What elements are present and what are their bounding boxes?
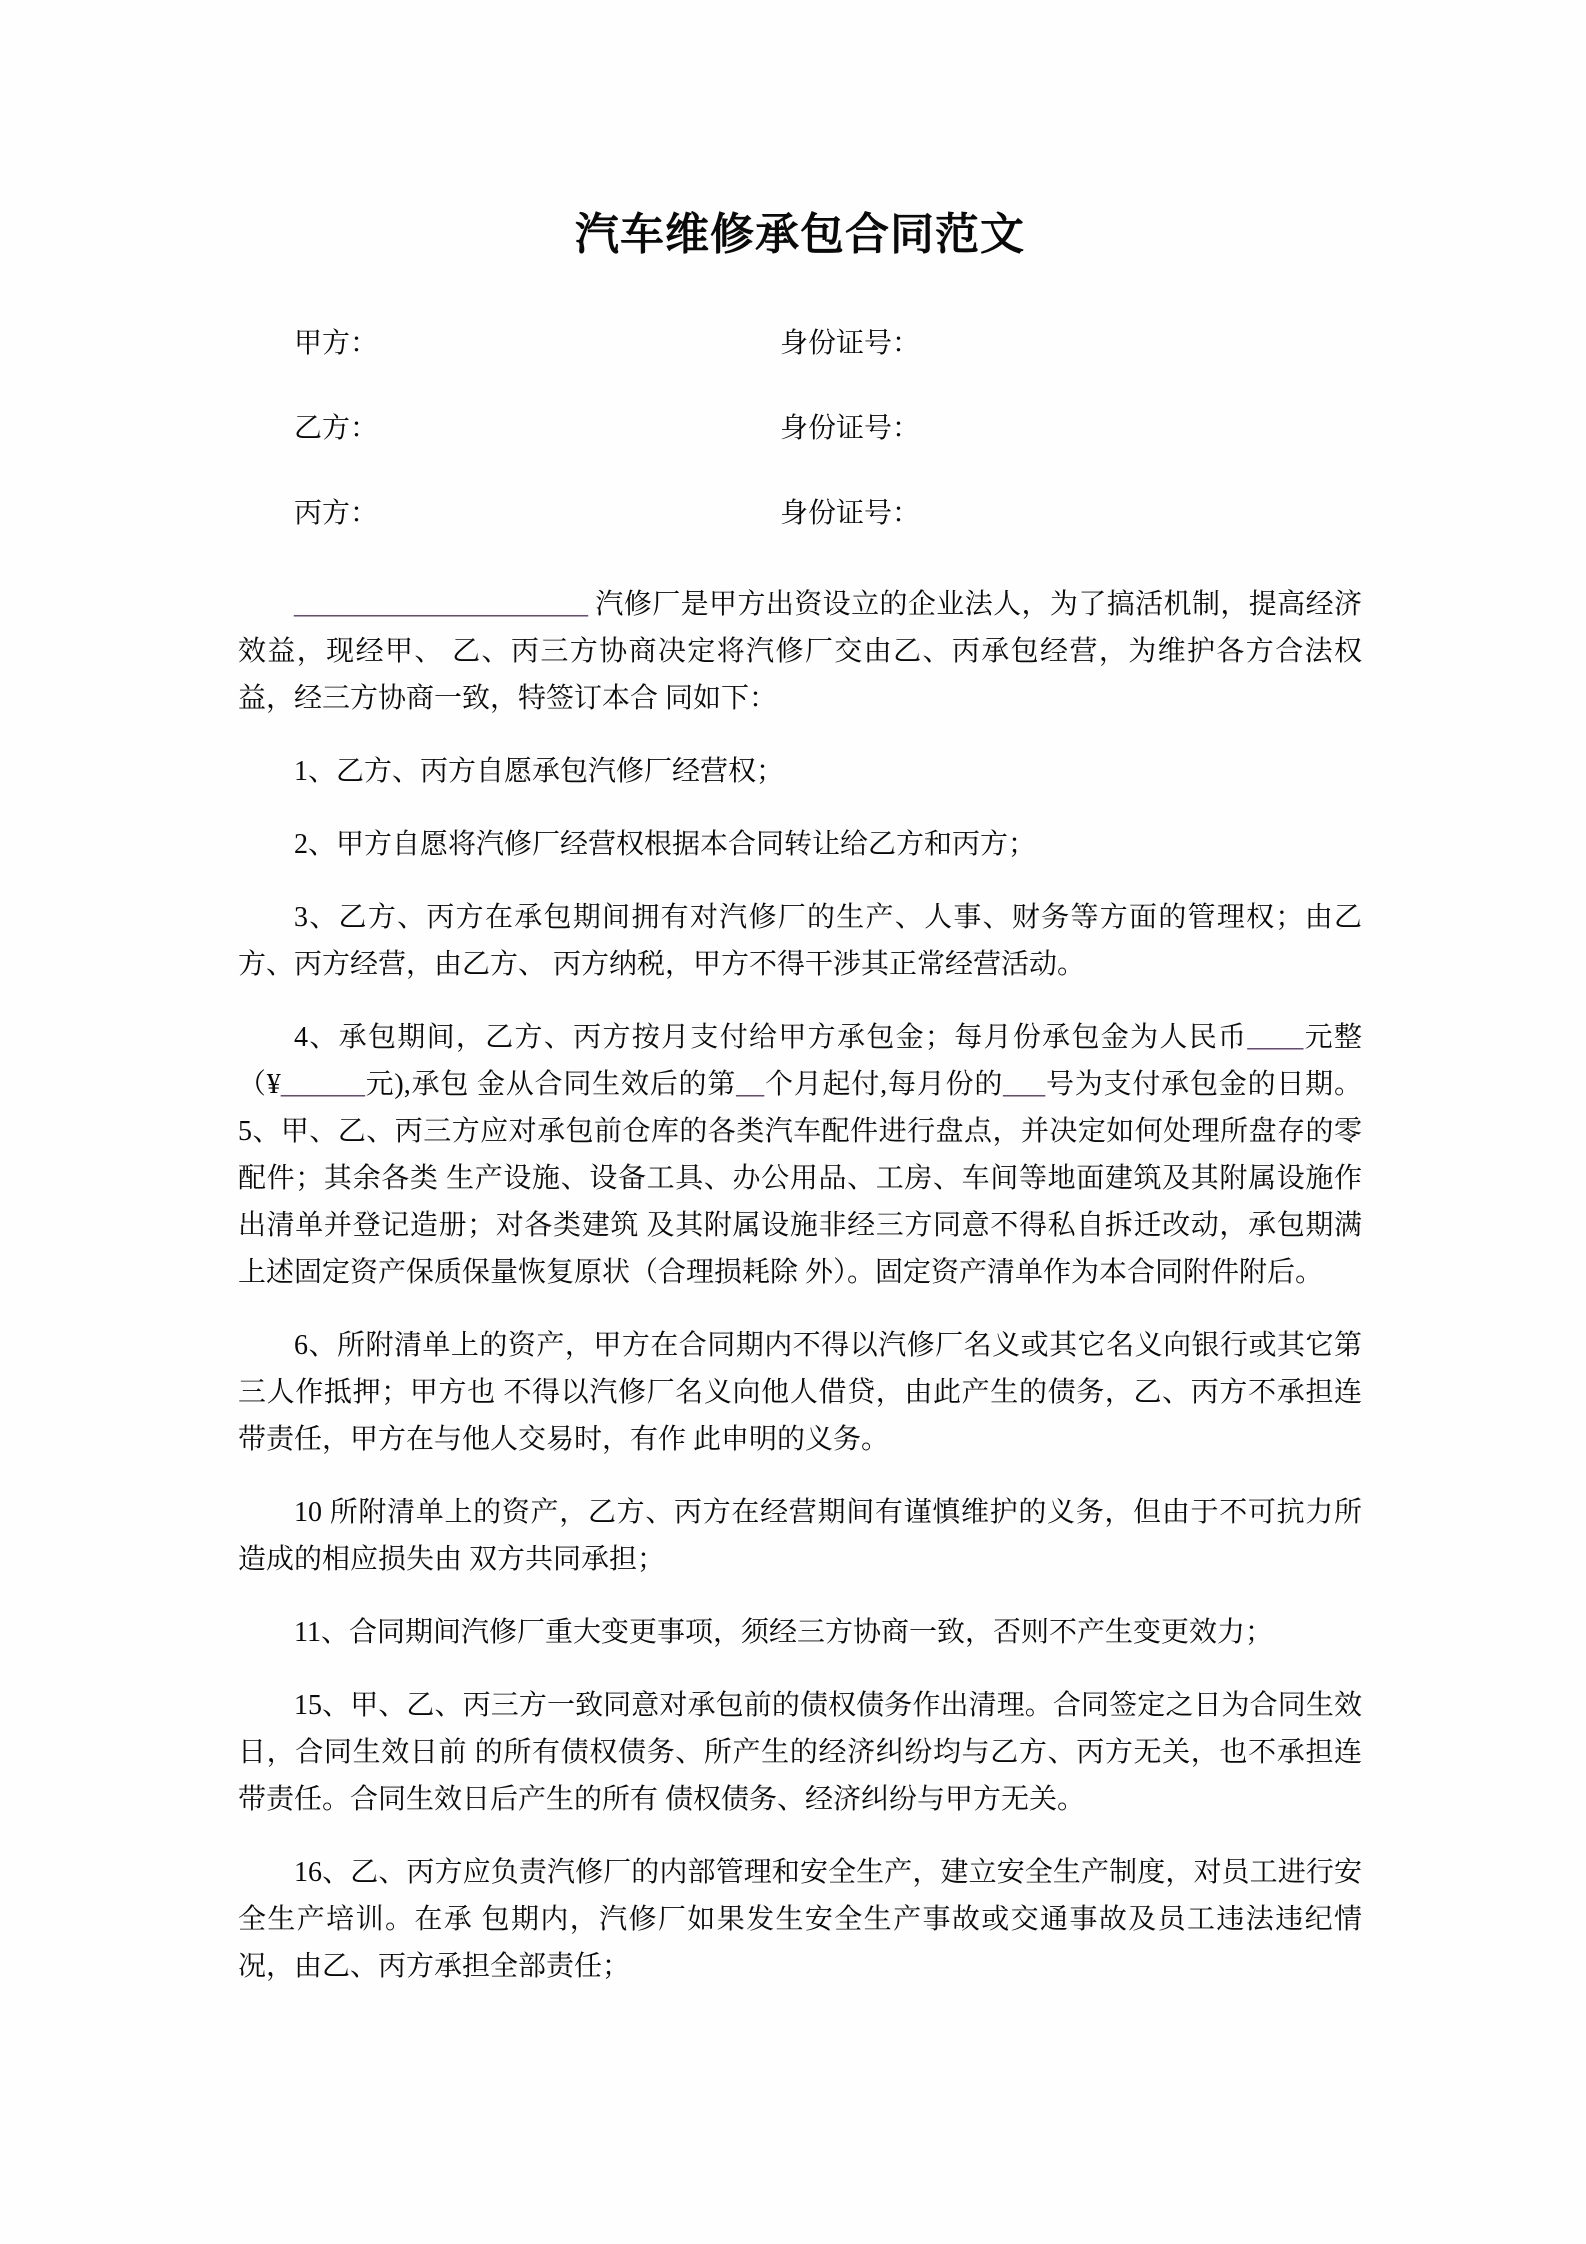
contract-document-page: 汽车维修承包合同范文 甲方： 身份证号： 乙方： 身份证号： 丙方： 身份证号：…: [0, 0, 1586, 2244]
party-row-jiafang: 甲方： 身份证号：: [238, 320, 1362, 367]
clause-6-paragraph: 6、所附清单上的资产，甲方在合同期内不得以汽修厂名义或其它名义向银行或其它第三人…: [238, 1322, 1362, 1463]
party-c-id-number-label: 身份证号：: [780, 490, 920, 537]
party-row-yifang: 乙方： 身份证号：: [238, 405, 1362, 452]
contract-clauses: _____________________ 汽修厂是甲方出资设立的企业法人，为了…: [238, 581, 1362, 1990]
clause-16-paragraph: 16、乙、丙方应负责汽修厂的内部管理和安全生产，建立安全生产制度，对员工进行安全…: [238, 1849, 1362, 1990]
party-c-label: 丙方：: [294, 490, 378, 537]
party-row-bingfang: 丙方： 身份证号：: [238, 490, 1362, 537]
blank-underline: __: [736, 1069, 764, 1100]
clause-15-paragraph: 15、甲、乙、丙三方一致同意对承包前的债权债务作出清理。合同签定之日为合同生效日…: [238, 1682, 1362, 1823]
blank-underline: ______: [281, 1069, 365, 1100]
clause-11-paragraph: 11、合同期间汽修厂重大变更事项，须经三方协商一致，否则不产生变更效力；: [238, 1609, 1362, 1656]
clause-2-paragraph: 2、甲方自愿将汽修厂经营权根据本合同转让给乙方和丙方；: [238, 821, 1362, 868]
parties-section: 甲方： 身份证号： 乙方： 身份证号： 丙方： 身份证号：: [238, 320, 1362, 537]
document-title: 汽车维修承包合同范文: [238, 208, 1362, 262]
clause-1-paragraph: 1、乙方、丙方自愿承包汽修厂经营权；: [238, 748, 1362, 795]
blank-underline: _____________________: [294, 589, 588, 620]
clause-3-paragraph: 3、乙方、丙方在承包期间拥有对汽修厂的生产、人事、财务等方面的管理权；由乙方、丙…: [238, 894, 1362, 988]
party-a-id-number-label: 身份证号：: [780, 320, 920, 367]
clause-4-5-paragraph: 4、承包期间，乙方、丙方按月支付给甲方承包金；每月份承包金为人民币____元整（…: [238, 1014, 1362, 1296]
blank-underline: ____: [1247, 1022, 1303, 1053]
party-a-label: 甲方：: [294, 320, 378, 367]
party-b-id-number-label: 身份证号：: [780, 405, 920, 452]
party-b-label: 乙方：: [294, 405, 378, 452]
blank-underline: ___: [1003, 1069, 1045, 1100]
preamble-paragraph: _____________________ 汽修厂是甲方出资设立的企业法人，为了…: [238, 581, 1362, 722]
clause-10-paragraph: 10 所附清单上的资产，乙方、丙方在经营期间有谨慎维护的义务，但由于不可抗力所造…: [238, 1489, 1362, 1583]
